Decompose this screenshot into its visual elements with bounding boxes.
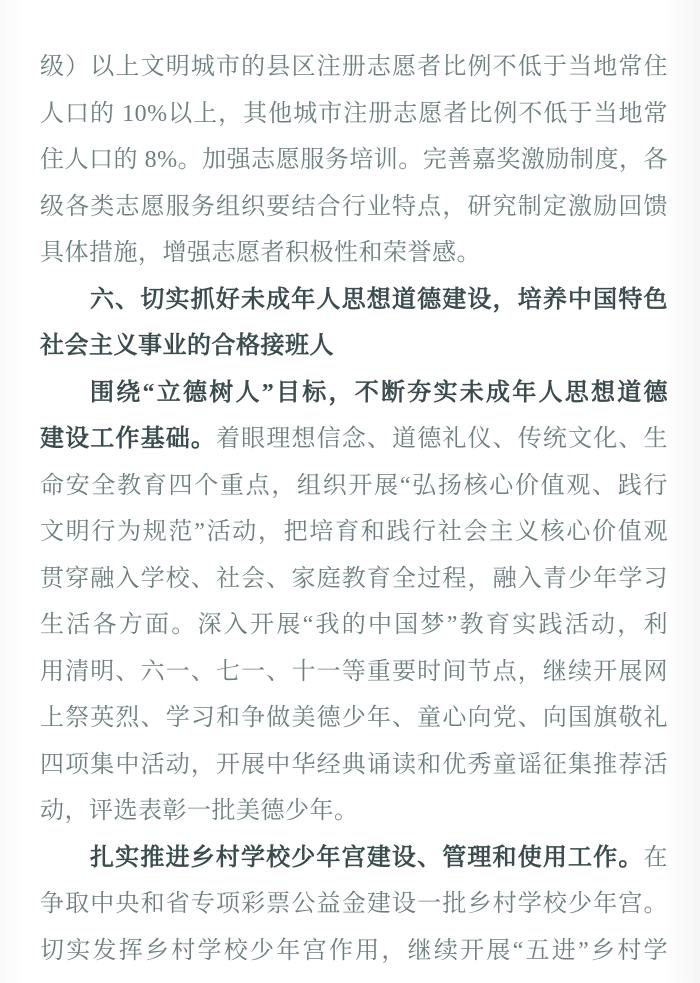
text-line: 六、切实抓好未成年人思想道德建设，培养中国特色 (40, 277, 668, 324)
text-segment: 着眼理想信念、道德礼仪、传统文化、生 (216, 426, 668, 452)
text-line: 切实发挥乡村学校少年宫作用，继续开展“五进”乡村学 (40, 928, 668, 975)
text-segment: 动，评选表彰一批美德少年。 (40, 798, 359, 824)
text-segment: 生活各方面。深入开展“我的中国梦”教育实践活动，利 (40, 612, 668, 638)
document-body: 级）以上文明城市的县区注册志愿者比例不低于当地常住人口的 10%以上，其他城市注… (0, 0, 700, 974)
text-line: 命安全教育四个重点，组织开展“弘扬核心价值观、践行 (40, 463, 668, 510)
bold-text-segment: 围绕“立德树人”目标，不断夯实未成年人思想道德 (90, 380, 668, 406)
text-line: 社会主义事业的合格接班人 (40, 323, 668, 370)
text-line: 贯穿融入学校、社会、家庭教育全过程，融入青少年学习 (40, 556, 668, 603)
bold-text-segment: 六、切实抓好未成年人思想道德建设，培养中国特色 (90, 287, 668, 313)
text-segment: 人口的 10%以上，其他城市注册志愿者比例不低于当地常 (40, 101, 668, 127)
text-line: 人口的 10%以上，其他城市注册志愿者比例不低于当地常 (40, 91, 668, 138)
text-line: 围绕“立德树人”目标，不断夯实未成年人思想道德 (40, 370, 668, 417)
scanned-document-page: 级）以上文明城市的县区注册志愿者比例不低于当地常住人口的 10%以上，其他城市注… (0, 0, 700, 983)
text-line: 扎实推进乡村学校少年宫建设、管理和使用工作。在 (40, 835, 668, 882)
text-line: 级）以上文明城市的县区注册志愿者比例不低于当地常住 (40, 44, 668, 91)
text-line: 动，评选表彰一批美德少年。 (40, 788, 668, 835)
text-segment: 住人口的 8%。加强志愿服务培训。完善嘉奖激励制度，各 (40, 147, 668, 173)
bold-text-segment: 社会主义事业的合格接班人 (40, 333, 334, 359)
bold-text-segment: 建设工作基础。 (40, 426, 216, 452)
text-line: 级各类志愿服务组织要结合行业特点，研究制定激励回馈 (40, 184, 668, 231)
text-line: 生活各方面。深入开展“我的中国梦”教育实践活动，利 (40, 602, 668, 649)
text-segment: 争取中央和省专项彩票公益金建设一批乡村学校少年宫。 (40, 891, 668, 917)
text-line: 文明行为规范”活动，把培育和践行社会主义核心价值观 (40, 509, 668, 556)
text-line: 争取中央和省专项彩票公益金建设一批乡村学校少年宫。 (40, 881, 668, 928)
text-line: 用清明、六一、七一、十一等重要时间节点，继续开展网 (40, 649, 668, 696)
text-segment: 具体措施，增强志愿者积极性和荣誉感。 (40, 240, 481, 266)
text-segment: 贯穿融入学校、社会、家庭教育全过程，融入青少年学习 (40, 566, 668, 592)
text-segment: 切实发挥乡村学校少年宫作用，继续开展“五进”乡村学 (40, 938, 668, 964)
text-segment: 上祭英烈、学习和争做美德少年、童心向党、向国旗敬礼 (40, 705, 668, 731)
text-line: 上祭英烈、学习和争做美德少年、童心向党、向国旗敬礼 (40, 695, 668, 742)
text-line: 建设工作基础。着眼理想信念、道德礼仪、传统文化、生 (40, 416, 668, 463)
text-segment: 命安全教育四个重点，组织开展“弘扬核心价值观、践行 (40, 473, 668, 499)
text-segment: 级）以上文明城市的县区注册志愿者比例不低于当地常住 (40, 54, 668, 80)
text-line: 四项集中活动，开展中华经典诵读和优秀童谣征集推荐活 (40, 742, 668, 789)
text-line: 住人口的 8%。加强志愿服务培训。完善嘉奖激励制度，各 (40, 137, 668, 184)
bold-text-segment: 扎实推进乡村学校少年宫建设、管理和使用工作。 (90, 845, 644, 871)
text-segment: 用清明、六一、七一、十一等重要时间节点，继续开展网 (40, 659, 668, 685)
text-segment: 文明行为规范”活动，把培育和践行社会主义核心价值观 (40, 519, 668, 545)
text-segment: 四项集中活动，开展中华经典诵读和优秀童谣征集推荐活 (40, 752, 668, 778)
text-line: 具体措施，增强志愿者积极性和荣誉感。 (40, 230, 668, 277)
text-segment: 级各类志愿服务组织要结合行业特点，研究制定激励回馈 (40, 194, 668, 220)
text-segment: 在 (644, 845, 669, 871)
